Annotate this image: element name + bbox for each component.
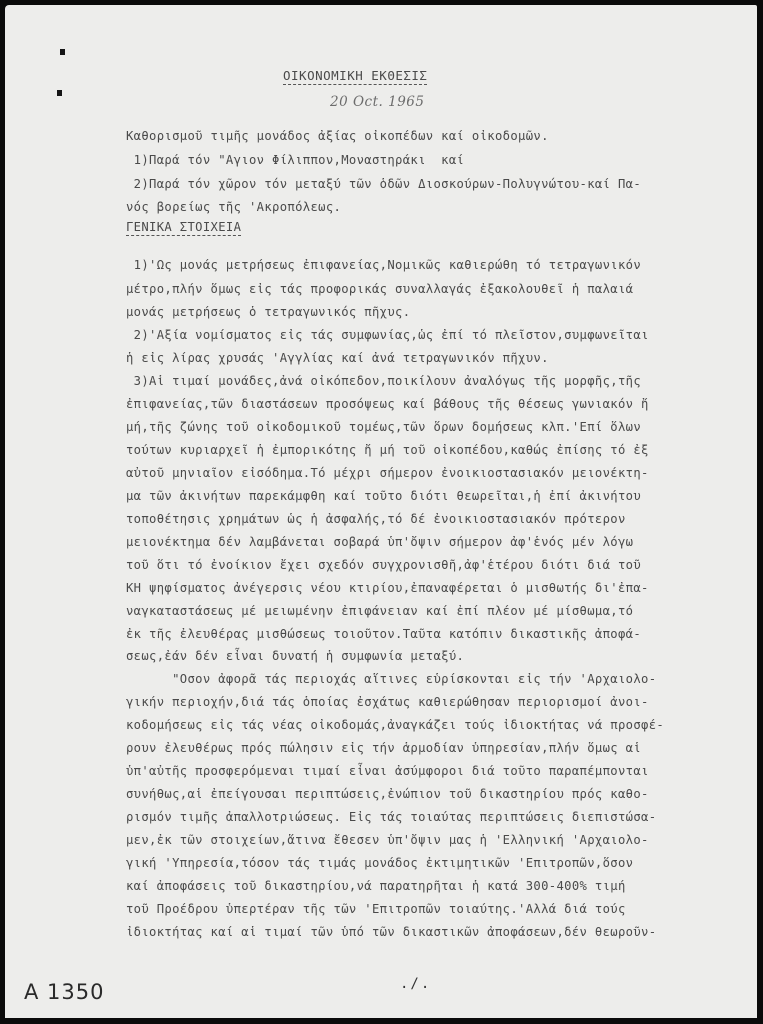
intro-line: νός βορείως τῆς 'Ακροπόλεως.: [126, 201, 341, 213]
document-title: ΟΙΚΟΝΟΜΙΚΗ ΕΚΘΕΣΙΣ: [283, 68, 427, 85]
body-line: μα τῶν ἀκινήτων παρεκάμφθη καί τοῦτο διό…: [126, 490, 641, 502]
body-line: μειονέκτημα δέν λαμβάνεται σοβαρά ὑπ'ὄψι…: [126, 536, 633, 548]
body-line: ἐπιφανείας,τῶν διαστάσεων προσόψεως καί …: [126, 398, 649, 410]
body-line: μέτρο,πλήν ὅμως εἰς τάς προφορικάς συναλ…: [126, 283, 633, 295]
archive-number: A 1350: [24, 980, 104, 1004]
intro-line: Καθορισμοῦ τιμῆς μονάδος ἀξίας οἰκοπέδων…: [126, 130, 549, 142]
body-line: αὐτοῦ μηνιαῖον εἰσόδημα.Τό μέχρι σήμερον…: [126, 467, 649, 479]
body-line: γική 'Υπηρεσία,τόσον τάς τιμάς μονάδος ἐ…: [126, 857, 633, 869]
body-line: ρουν ἐλευθέρως πρός πώλησιν εἰς τήν ἁρμο…: [126, 742, 641, 754]
body-line: 2)'Αξία νομίσματος εἰς τάς συμφωνίας,ὡς …: [126, 329, 649, 341]
body-line: ρισμόν τιμῆς ἀπαλλοτριώσεως. Εἰς τάς τοι…: [126, 811, 656, 823]
intro-line: 2)Παρά τόν χῶρον τόν μεταξύ τῶν ὁδῶν Διο…: [126, 178, 641, 190]
body-line: ἡ εἰς λίρας χρυσάς 'Αγγλίας καί ἀνά τετρ…: [126, 352, 549, 364]
punch-hole-mark: [57, 90, 62, 96]
body-line: ἐκ τῆς ἐλευθέρας μισθώσεως τοιοῦτον.Ταῦτ…: [126, 628, 641, 640]
punch-hole-mark: [60, 49, 65, 55]
body-line: τούτων κυριαρχεῖ ἡ ἐμπορικότης ἤ μή τοῦ …: [126, 444, 649, 456]
body-line: τοῦ Προέδρου ὑπερτέραν τῆς τῶν 'Επιτροπῶ…: [126, 903, 626, 915]
body-line: τοῦ ὅτι τό ἐνοίκιον ἔχει σχεδόν συγχρονι…: [126, 559, 641, 571]
body-line: 1)'Ως μονάς μετρήσεως ἐπιφανείας,Νομικῶς…: [126, 259, 641, 271]
body-line: σεως,ἐάν δέν εἶναι δυνατή ἡ συμφωνία μετ…: [126, 650, 464, 662]
handwritten-date: 20 Oct. 1965: [330, 94, 424, 110]
body-line: συνήθως,αἱ ἐπείγουσαι περιπτώσεις,ἐνώπιο…: [126, 788, 649, 800]
body-line: τοποθέτησις χρημάτων ὡς ἡ ἀσφαλής,τό δέ …: [126, 513, 626, 525]
body-line: καί ἀποφάσεις τοῦ δικαστηρίου,νά παρατηρ…: [126, 880, 626, 892]
body-line: ἰδιοκτήτας καί αἱ τιμαί τῶν ὑπό τῶν δικα…: [126, 926, 656, 938]
body-line: μονάς μετρήσεως ὁ τετραγωνικός πῆχυς.: [126, 306, 410, 318]
body-line: 3)Αἱ τιμαί μονάδες,ἀνά οἰκόπεδον,ποικίλο…: [126, 375, 641, 387]
body-line: κοδομήσεως εἰς τάς νέας οἰκοδομάς,ἀναγκά…: [126, 719, 664, 731]
section-heading: ΓΕΝΙΚΑ ΣΤΟΙΧΕΙΑ: [126, 220, 241, 236]
body-line: μή,τῆς ζώνης τοῦ οἰκοδομικοῦ τομέως,τῶν …: [126, 421, 641, 433]
body-line: ναγκαταστάσεως μέ μειωμένην ἐπιφάνειαν κ…: [126, 605, 633, 617]
page-continuation-mark: ./.: [400, 976, 431, 992]
body-line: ὑπ'αὐτῆς προσφερόμεναι τιμαί εἶναι ἀσύμφ…: [126, 765, 649, 777]
body-line: γικήν περιοχήν,διά τάς ὁποίας ἐσχάτως κα…: [126, 696, 649, 708]
body-line: ΚΗ ψηφίσματος ἀνέγερσις νέου κτιρίου,ἐπα…: [126, 582, 649, 594]
intro-line: 1)Παρά τόν "Αγιον Φίλιππον,Μοναστηράκι κ…: [126, 154, 464, 166]
body-line: μεν,ἐκ τῶν στοιχείων,ἅτινα ἔθεσεν ὑπ'ὄψι…: [126, 834, 649, 846]
body-line: "Οσον ἀφορᾶ τάς περιοχάς αἵτινες εὑρίσκο…: [126, 673, 656, 685]
